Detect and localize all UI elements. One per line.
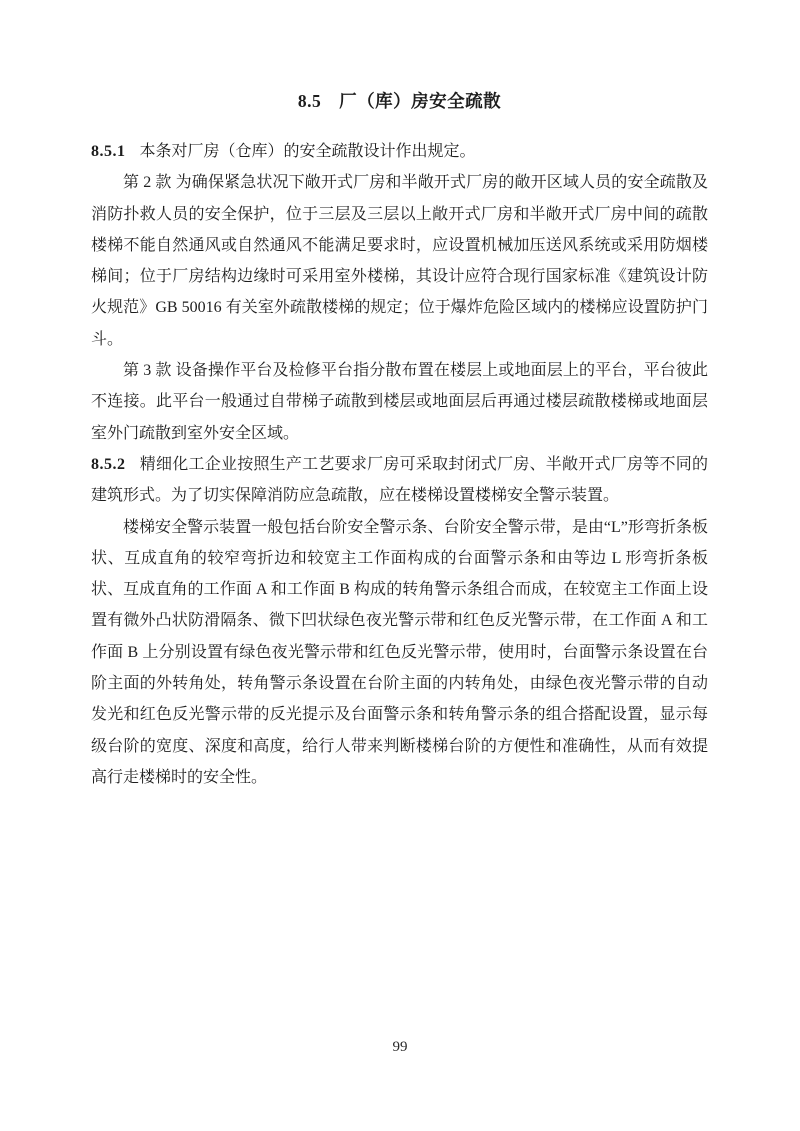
document-page: 8.5 厂（库）房安全疏散 8.5.1本条对厂房（仓库）的安全疏散设计作出规定。… [0,0,800,1131]
clause-text: 精细化工企业按照生产工艺要求厂房可采取封闭式厂房、半敞开式厂房等不同的建筑形式。… [91,456,708,504]
clause-8-5-1: 8.5.1本条对厂房（仓库）的安全疏散设计作出规定。 [91,136,708,167]
clause-text: 本条对厂房（仓库）的安全疏散设计作出规定。 [140,143,476,160]
section-heading: 8.5 厂（库）房安全疏散 [91,90,708,112]
page-number: 99 [0,1038,800,1056]
clause-8-5-2: 8.5.2精细化工企业按照生产工艺要求厂房可采取封闭式厂房、半敞开式厂房等不同的… [91,449,708,512]
paragraph-item-3: 第 3 款 设备操作平台及检修平台指分散布置在楼层上或地面层上的平台，平台彼此不… [91,355,708,449]
document-content: 8.5 厂（库）房安全疏散 8.5.1本条对厂房（仓库）的安全疏散设计作出规定。… [91,90,708,793]
clause-number: 8.5.2 [91,456,126,473]
clause-number: 8.5.1 [91,143,126,160]
paragraph-warning-device: 楼梯安全警示装置一般包括台阶安全警示条、台阶安全警示带，是由“L”形弯折条板状、… [91,512,708,794]
paragraph-item-2: 第 2 款 为确保紧急状况下敞开式厂房和半敞开式厂房的敞开区域人员的安全疏散及消… [91,167,708,355]
